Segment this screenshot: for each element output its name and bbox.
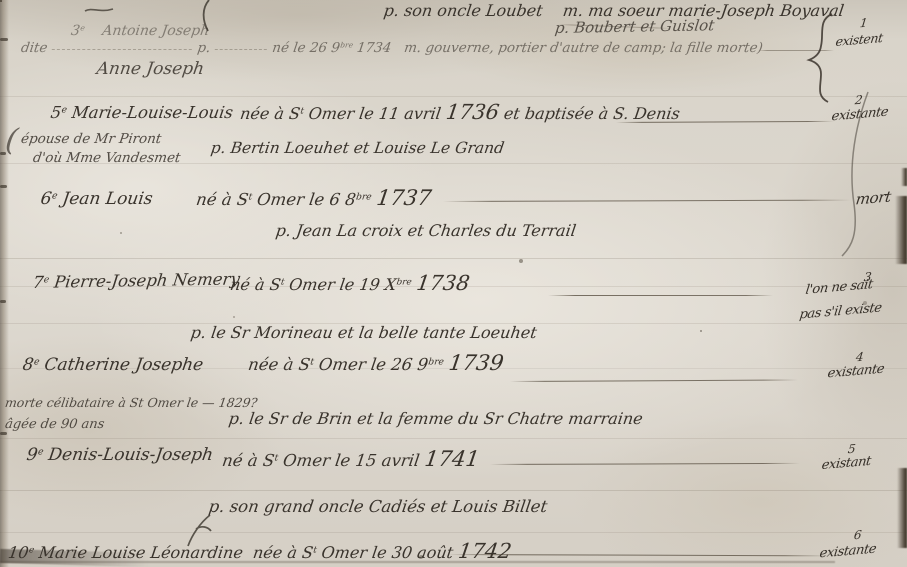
entry-name: Catherine Josephe <box>43 355 204 375</box>
entry-name: Marie-Louise-Louis <box>71 103 235 122</box>
header-note-line: ditep.né le 26 9bre 1734 m. gouverne, po… <box>20 41 764 56</box>
birth-text: né à St Omer le 15 avril 1741 <box>221 448 481 472</box>
birth-text: née à St Omer le 11 avril 1736 et baptis… <box>239 101 682 124</box>
scan-artifact-right <box>897 468 907 548</box>
rule-line <box>548 295 773 296</box>
side-note: épouse de Mr Piront <box>20 132 162 147</box>
entry-number-and-name: 7e Pierre-Joseph Nemery <box>32 270 241 292</box>
margin-number: 6 <box>853 528 862 542</box>
scan-artifact-right <box>895 196 907 264</box>
entry-number: 10e <box>7 543 35 562</box>
godparents-text: p. Jean La croix et Charles du Terrail <box>275 222 578 240</box>
scan-artifact-right <box>901 168 907 186</box>
header-child-name-2: Anne Joseph <box>95 60 205 79</box>
paper-crease <box>0 96 907 97</box>
entry-name: Pierre-Joseph Nemery <box>53 269 241 291</box>
header-child-name: 3e Antoine Joseph <box>70 24 210 39</box>
curly-brace-mark <box>806 12 842 104</box>
torn-paper-left-edge <box>0 0 9 567</box>
birth-text: né à St Omer le 6 8bre 1737 <box>195 187 433 211</box>
godparents-text: p. le Sr de Brin et la femme du Sr Chatr… <box>228 410 644 428</box>
margin-number: 1 <box>859 16 868 30</box>
godparents-text: p. le Sr Morineau et la belle tante Loeu… <box>190 324 538 342</box>
entry-number-and-name: 8e Catherine Josephe <box>21 356 204 375</box>
paper-crease <box>0 258 907 259</box>
margin-number: 5 <box>847 442 856 456</box>
margin-number: 4 <box>855 350 864 364</box>
edge-mark <box>0 432 7 435</box>
entry-number-and-name: 9e Denis-Louis-Joseph <box>25 446 214 465</box>
side-note: d'où Mme Vandesmet <box>32 151 181 166</box>
edge-mark <box>0 185 7 188</box>
godparents-text: p. Bertin Loeuhet et Louise Le Grand <box>210 140 506 157</box>
side-note: âgée de 90 ans <box>4 418 105 432</box>
entry-name: Jean Louis <box>61 189 154 209</box>
paper-crease <box>0 438 907 439</box>
header-godparents-line: p. son oncle Loubet m. ma soeur marie-Jo… <box>383 2 846 20</box>
entry-name: Marie Louise Léonardine <box>38 543 245 562</box>
entry-name: Denis-Louis-Joseph <box>47 445 214 465</box>
ink-specks <box>0 0 2 2</box>
header-godparents-line-2: p. Boubert et Guislot <box>554 17 715 36</box>
birth-text: née à St Omer le 30 août 1742 <box>252 543 513 562</box>
margin-number: 2 <box>854 93 863 107</box>
godparents-text: p. son grand oncle Cadiés et Louis Bille… <box>207 498 548 516</box>
paper-crease <box>0 532 907 533</box>
entry-number-and-name: 10e Marie Louise Léonardine née à St Ome… <box>7 540 513 563</box>
edge-mark <box>0 38 8 41</box>
birth-text: né à St Omer le 19 Xbre 1738 <box>229 272 471 295</box>
side-note: morte célibataire à St Omer le — 1829? <box>4 396 258 410</box>
entry-number-and-name: 5e Marie-Louise-Louis <box>49 104 234 122</box>
paper-crease <box>0 490 907 491</box>
entry-number-and-name: 6e Jean Louis <box>39 190 153 209</box>
birth-text: née à St Omer le 26 9bre 1739 <box>247 352 505 376</box>
ink-fragment <box>84 5 114 15</box>
margin-status: mort <box>855 188 892 209</box>
edge-mark <box>0 300 6 303</box>
